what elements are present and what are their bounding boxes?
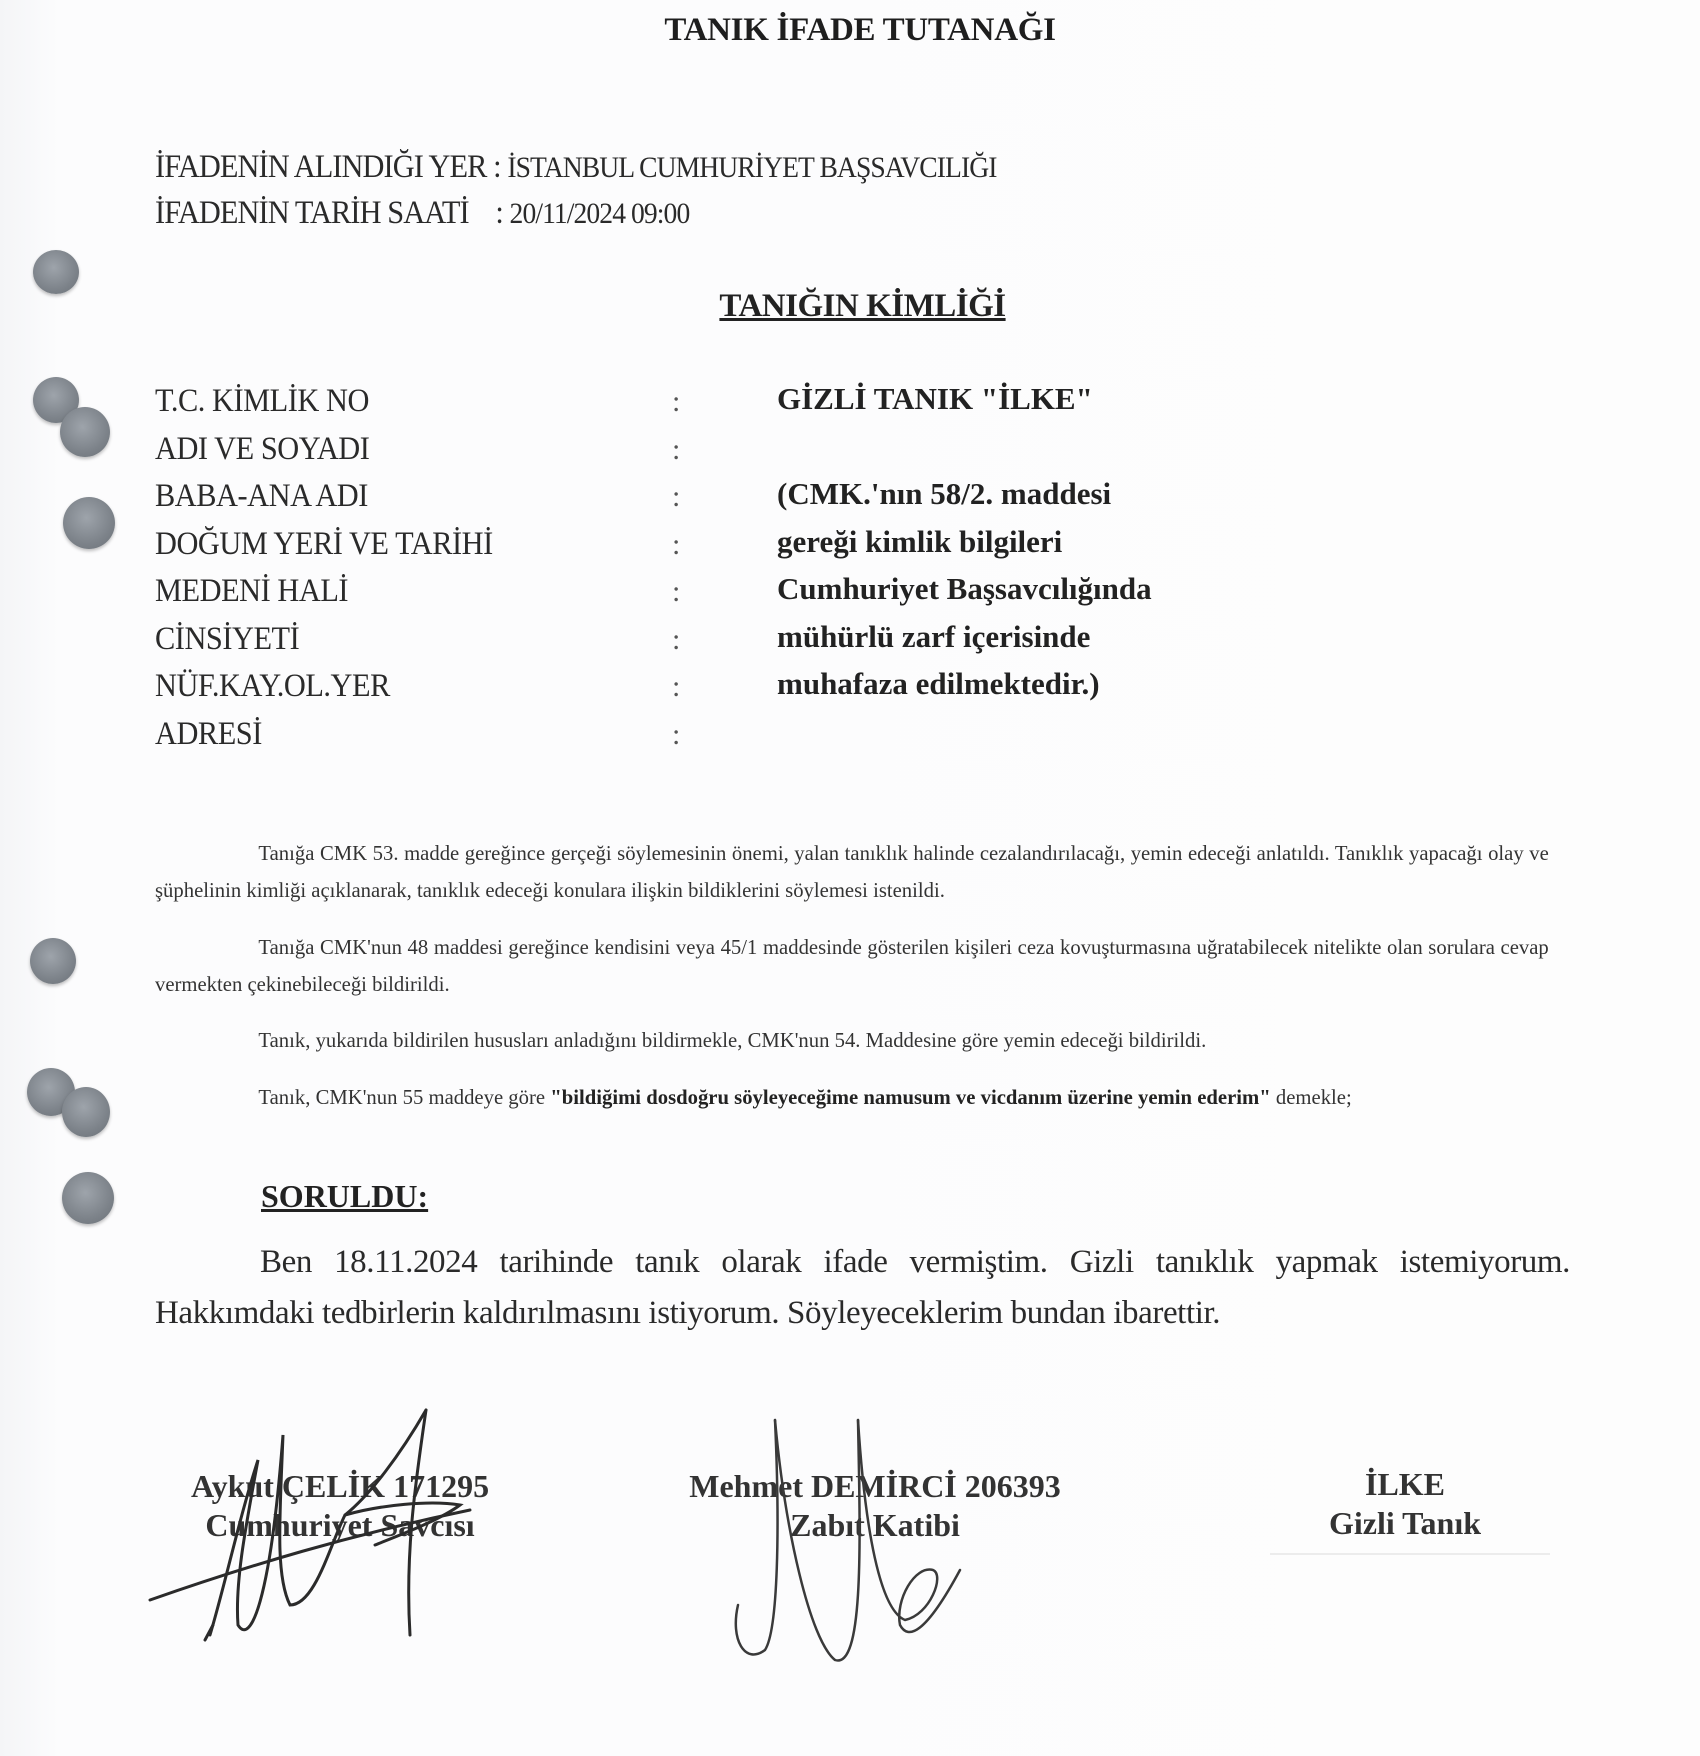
- signature-block-witness: İLKE Gizli Tanık: [1255, 1465, 1555, 1543]
- identity-heading: TANIĞIN KİMLİĞİ: [0, 288, 1700, 325]
- punch-hole: [63, 497, 115, 549]
- punch-hole: [60, 407, 110, 457]
- signer-name: İLKE: [1255, 1465, 1555, 1504]
- handwritten-signature-clerk: [730, 1410, 960, 1670]
- identity-field-value: (CMK.'nın 58/2. maddesi: [777, 476, 1111, 512]
- identity-field-colon: :: [672, 718, 680, 752]
- identity-field-colon: :: [672, 433, 680, 467]
- signer-role: Gizli Tanık: [1255, 1504, 1555, 1543]
- identity-field-value: mühürlü zarf içerisinde: [777, 619, 1090, 655]
- statement-datetime-value: 20/11/2024 09:00: [510, 197, 690, 230]
- asked-heading: SORULDU:: [261, 1178, 428, 1215]
- identity-field-value: gereği kimlik bilgileri: [777, 524, 1062, 560]
- identity-field-colon: :: [672, 575, 680, 609]
- witness-answer: Ben 18.11.2024 tarihinde tanık olarak if…: [155, 1237, 1570, 1339]
- identity-field-label: ADRESİ: [155, 716, 262, 753]
- identity-field-label: BABA-ANA ADI: [155, 478, 368, 515]
- paragraph-text: Tanık, yukarıda bildirilen hususları anl…: [258, 1028, 1206, 1052]
- punch-hole: [62, 1172, 114, 1224]
- identity-field-label: T.C. KİMLİK NO: [155, 383, 369, 420]
- identity-field-colon: :: [672, 623, 680, 657]
- answer-text: Ben 18.11.2024 tarihinde tanık olarak if…: [155, 1244, 1570, 1331]
- identity-field-value: muhafaza edilmektedir.): [777, 666, 1100, 702]
- witness-signature-line: [1270, 1553, 1550, 1555]
- paragraph-cmk54: Tanık, yukarıda bildirilen hususları anl…: [155, 1022, 1549, 1059]
- identity-field-label: ADI VE SOYADI: [155, 431, 369, 468]
- oath-text: "bildiğimi dosdoğru söyleyeceğime namusu…: [550, 1085, 1270, 1109]
- handwritten-signature-prosecutor: [140, 1395, 520, 1665]
- statement-datetime: İFADENİN TARİH SAATİ : 20/11/2024 09:00: [155, 195, 689, 232]
- punch-hole: [30, 938, 76, 984]
- identity-field-label: NÜF.KAY.OL.YER: [155, 668, 390, 705]
- paragraph-text: Tanığa CMK 53. madde gereğince gerçeği s…: [155, 841, 1549, 902]
- identity-field-label: MEDENİ HALİ: [155, 573, 348, 610]
- paragraph-text: Tanığa CMK'nun 48 maddesi gereğince kend…: [155, 935, 1549, 996]
- oath-suffix: demekle;: [1271, 1085, 1352, 1109]
- document-page: TANIK İFADE TUTANAĞI İFADENİN ALINDIĞI Y…: [0, 0, 1700, 1756]
- identity-field-label: CİNSİYETİ: [155, 621, 299, 658]
- identity-field-colon: :: [672, 480, 680, 514]
- statement-datetime-label: İFADENİN TARİH SAATİ: [155, 195, 469, 231]
- document-title: TANIK İFADE TUTANAĞI: [0, 12, 1700, 49]
- identity-field-value: Cumhuriyet Başsavcılığında: [777, 571, 1152, 607]
- oath-prefix: Tanık, CMK'nun 55 maddeye göre: [258, 1085, 550, 1109]
- statement-location: İFADENİN ALINDIĞI YER : İSTANBUL CUMHURİ…: [155, 149, 997, 186]
- paragraph-oath: Tanık, CMK'nun 55 maddeye göre "bildiğim…: [155, 1079, 1549, 1116]
- identity-field-colon: :: [672, 670, 680, 704]
- paragraph-cmk53: Tanığa CMK 53. madde gereğince gerçeği s…: [155, 835, 1549, 909]
- statement-location-label: İFADENİN ALINDIĞI YER: [155, 149, 486, 185]
- paragraph-cmk48: Tanığa CMK'nun 48 maddesi gereğince kend…: [155, 929, 1549, 1003]
- identity-field-colon: :: [672, 528, 680, 562]
- punch-hole: [62, 1087, 110, 1137]
- identity-field-colon: :: [672, 385, 680, 419]
- identity-field-label: DOĞUM YERİ VE TARİHİ: [155, 526, 493, 563]
- identity-field-value: GİZLİ TANIK "İLKE": [777, 381, 1093, 417]
- statement-location-value: İSTANBUL CUMHURİYET BAŞSAVCILIĞI: [507, 151, 996, 184]
